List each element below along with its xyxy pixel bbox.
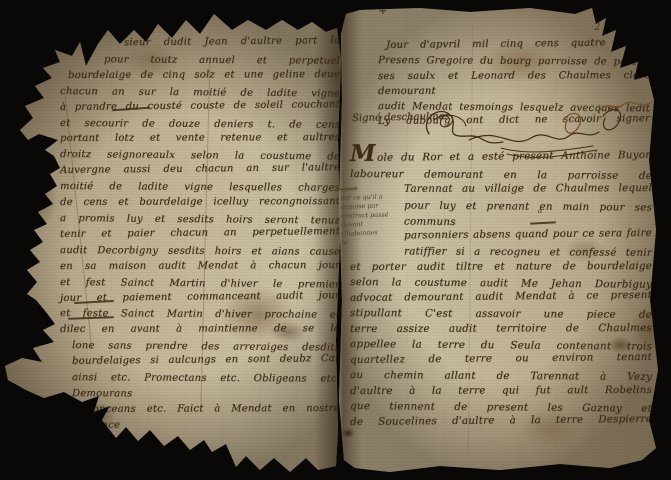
manuscript-line: de cens et bourdelaige icelluy recongnoi… (60, 194, 340, 211)
manuscript-line: Auvergne aussi deu chacun an sur l'aultr… (60, 160, 340, 179)
manuscript-line: de Soucelines d'aultre à la terre Despie… (350, 411, 652, 430)
manuscript-line: ses saulx et Leonard des Chaulmes clerc … (378, 68, 650, 100)
manuscript-line: advocat demourant audit Mendat à ce pres… (350, 287, 652, 306)
manuscript-line: Jour d'apvril mil cinq cens quatre vingt… (378, 35, 650, 53)
flourish-stroke (469, 132, 599, 141)
act-paragraph: Mole du Ror et a esté present Anthoine B… (350, 146, 652, 430)
manuscript-line: bourdelaiges si aulcungs en sont deubz C… (60, 351, 340, 370)
manuscript-line: parsonniers absens quand pour ce sera fa… (350, 225, 652, 244)
manuscript-line: terre assize audit territoire de Chaulme… (350, 320, 652, 337)
flourish-stroke (426, 111, 503, 142)
manuscript-line: ainsi etc. Promectans etc. Obligeans etc… (60, 370, 340, 404)
manuscript-scan: sieur dudit Jean d'aultre part lapour to… (0, 0, 671, 480)
manuscript-line: Tarennat au villaige de Chaulmes lequel (350, 181, 652, 198)
manuscript-line: quartellez de terre ou environ tenant (350, 349, 652, 368)
manuscript-line: sieur dudit Jean d'aultre part la (60, 33, 340, 52)
manuscript-line: en sa maison audit Mendat à chacun jour (60, 258, 340, 275)
manuscript-line: d'aultre à la terre qui fut ault Robelin… (350, 382, 652, 399)
manuscript-line: Renonceans etc. Faict à Mendat en nostre… (60, 401, 340, 434)
manuscript-line: dilec en avant à maintienne de se la (60, 321, 340, 338)
manuscript-line: tenir et paier chacun an perpetuellement (60, 224, 340, 243)
manuscript-line: à prandre du cousté couste de soleil cou… (60, 97, 340, 116)
manuscript-line: Mole du Ror et a esté present Anthoine B… (350, 143, 652, 167)
flourish-loop (603, 109, 621, 129)
manuscript-line: jour et paiement commanceant audit jour (60, 288, 340, 307)
manuscript-line: portant lotz et vente retenue et aultres (60, 130, 340, 147)
interlinear-insertion: a (538, 207, 542, 215)
manuscript-line: bourdelaige de cinq solz et une geline d… (60, 67, 340, 84)
cross-mark: ✛ (379, 7, 387, 17)
manuscript-line: et porter audit tiltre et nature de bour… (350, 258, 652, 275)
page-number: 2 (594, 22, 600, 33)
left-page-text: sieur dudit Jean d'aultre part lapour to… (60, 36, 340, 434)
flourish-loop-red (563, 113, 581, 133)
